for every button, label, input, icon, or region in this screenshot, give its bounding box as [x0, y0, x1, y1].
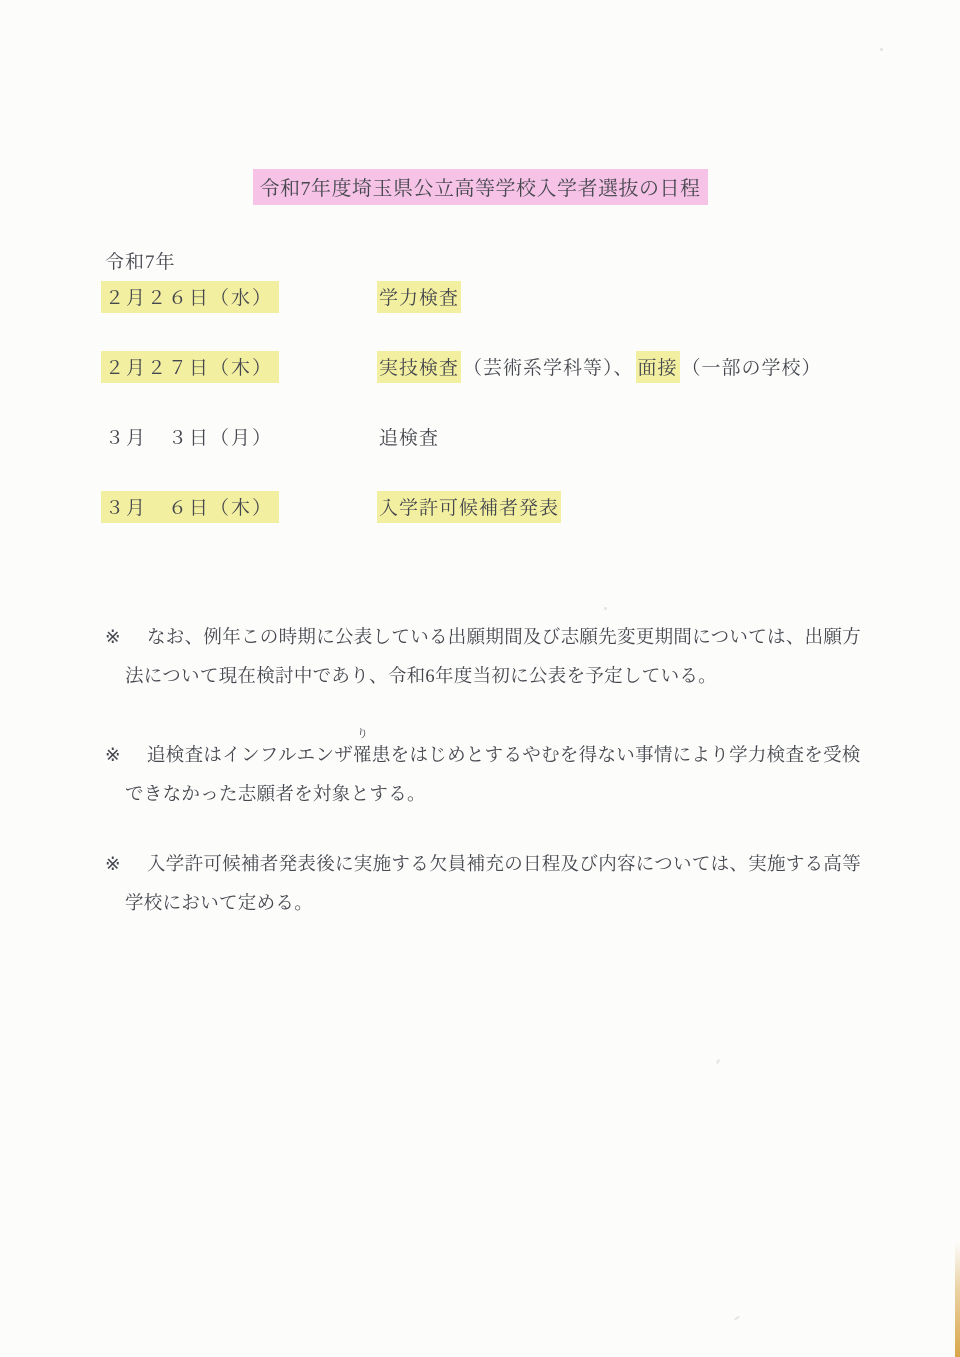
note-line: ※なお、例年この時期に公表している出願期間及び志願先変更期間については、出願方 — [105, 624, 895, 653]
schedule-event-cell: 入学許可候補者発表 — [377, 491, 561, 523]
schedule-event-cell: 追検査 — [377, 421, 441, 453]
scan-speck — [716, 1059, 720, 1064]
note-text: 追検査はインフルエンザ — [147, 746, 353, 766]
schedule-event-detail: （一部の学校） — [680, 351, 824, 383]
schedule-date: ３月 ３日（月） — [101, 421, 279, 453]
scan-edge-artifact — [955, 1242, 960, 1357]
ruby-base-text: 罹 — [353, 746, 372, 766]
document-title: 令和7年度埼玉県公立高等学校入学者選抜の日程 — [253, 169, 708, 205]
reference-mark: ※ — [105, 742, 129, 771]
schedule-date-cell: ３月 ６日（木） — [105, 491, 377, 523]
reference-mark: ※ — [105, 851, 129, 880]
schedule-date-cell: ２月２６日（水） — [105, 281, 377, 313]
schedule-event: 面接 — [636, 351, 680, 383]
furigana-text: り — [357, 729, 368, 740]
reference-mark: ※ — [105, 624, 129, 653]
schedule-date-cell: ３月 ３日（月） — [105, 421, 377, 453]
document-page: 令和7年度埼玉県公立高等学校入学者選抜の日程 令和7年 ２月２６日（水） 学力検… — [0, 0, 960, 1357]
note-line: 法について現在検討中であり、令和6年度当初に公表を予定している。 — [105, 663, 895, 692]
schedule-row: ２月２７日（木） 実技検査（芸術系学科等）、面接（一部の学校） — [105, 351, 824, 383]
note-line: ※入学許可候補者発表後に実施する欠員補充の日程及び内容については、実施する高等 — [105, 851, 895, 880]
scan-speck — [734, 1315, 740, 1320]
schedule-row: ２月２６日（水） 学力検査 — [105, 281, 461, 313]
schedule-event: 追検査 — [377, 421, 441, 453]
ruby-base-kanji: 罹り — [353, 742, 372, 771]
schedule-date: ２月２６日（水） — [101, 281, 279, 313]
note-line: ※追検査はインフルエンザ罹り患をはじめとするやむを得ない事情により学力検査を受検 — [105, 742, 895, 771]
note-text: なお、例年この時期に公表している出願期間及び志願先変更期間については、出願方 — [147, 628, 861, 648]
note-line: できなかった志願者を対象とする。 — [105, 781, 895, 810]
schedule-date-cell: ２月２７日（木） — [105, 351, 377, 383]
year-label: 令和7年 — [105, 247, 176, 274]
schedule-event: 入学許可候補者発表 — [377, 491, 561, 523]
schedule-row: ３月 ３日（月） 追検査 — [105, 421, 441, 453]
schedule-event-cell: 実技検査（芸術系学科等）、面接（一部の学校） — [377, 351, 824, 383]
scan-speck — [604, 607, 607, 610]
schedule-event: 実技検査 — [377, 351, 461, 383]
schedule-event-detail: （芸術系学科等）、 — [461, 351, 636, 383]
schedule-row: ３月 ６日（木） 入学許可候補者発表 — [105, 491, 561, 523]
title-row: 令和7年度埼玉県公立高等学校入学者選抜の日程 — [0, 169, 960, 205]
note-text: 患をはじめとするやむを得ない事情により学力検査を受検 — [372, 746, 861, 766]
schedule-date: ３月 ６日（木） — [101, 491, 279, 523]
schedule-event-cell: 学力検査 — [377, 281, 461, 313]
schedule-event: 学力検査 — [377, 281, 461, 313]
note-makeup-exam: ※追検査はインフルエンザ罹り患をはじめとするやむを得ない事情により学力検査を受検… — [105, 742, 895, 820]
note-line: 学校において定める。 — [105, 890, 895, 919]
note-application-period: ※なお、例年この時期に公表している出願期間及び志願先変更期間については、出願方 … — [105, 624, 895, 702]
schedule-date: ２月２７日（木） — [101, 351, 279, 383]
scan-speck — [880, 48, 883, 51]
note-vacancy-filling: ※入学許可候補者発表後に実施する欠員補充の日程及び内容については、実施する高等 … — [105, 851, 895, 929]
note-text: 入学許可候補者発表後に実施する欠員補充の日程及び内容については、実施する高等 — [147, 855, 861, 875]
